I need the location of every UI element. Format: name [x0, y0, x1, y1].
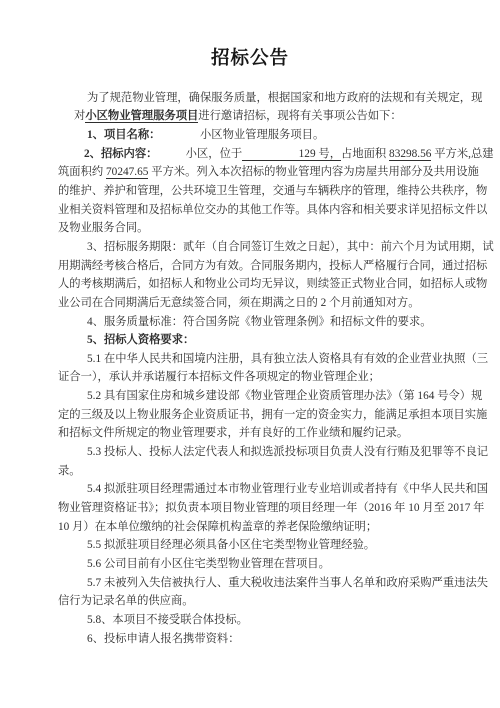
document-line: 业公司在合同期满后无意续签合同，须在期满之日的 2 个月前通知对方。 [58, 296, 420, 311]
underlined-text: 70247.65 [106, 166, 148, 179]
text-segment: 3、招标服务期限：贰年（自合同签订生效之日起），其中：前六个月为试用期，试 [87, 241, 494, 253]
text-segment: 5.7 未被列入失信被执行人、重大税收违法案件当事人名单和政府采购严重违法失 [87, 577, 488, 589]
document-line: 5.1 在中华人民共和国境内注册，具有独立法人资格具有有效的企业营业执照（三 [87, 352, 488, 367]
text-segment: 信行为记录名单的供应商。 [58, 595, 194, 607]
document-line: 1、项目名称： 小区物业管理服务项目。 [87, 128, 324, 143]
document-line: 5.5 拟派驻项目经理必须具备小区住宅类型物业管理经验。 [87, 538, 375, 553]
text-segment: 5.5 拟派驻项目经理必须具备小区住宅类型物业管理经验。 [87, 539, 375, 551]
underlined-text: 小区物业管理服务项目 [85, 110, 198, 123]
text-segment: 及物业服务合同。 [58, 222, 148, 234]
text-segment: 为了规范物业管理，确保服务质量，根据国家和地方政府的法规和有关规定，现 [87, 92, 482, 104]
document-line: 录。 [58, 464, 81, 479]
document-line: 的维护、养护和管理，公共环境卫生管理，交通与车辆秩序的管理，维持公共秩序，物 [58, 184, 487, 199]
document-line: 5.6 公司目前有小区住宅类型物业管理在营项目。 [87, 557, 330, 572]
text-segment: 6、投标申请人报名携带资料： [87, 633, 240, 645]
document-line: 5.8、本项目不接受联合体投标。 [87, 613, 248, 628]
text-segment: 5.1 在中华人民共和国境内注册，具有独立法人资格具有有效的企业营业执照（三 [87, 353, 488, 365]
document-body: 为了规范物业管理，确保服务质量，根据国家和地方政府的法规和有关规定，现对小区物业… [58, 0, 458, 708]
text-segment: 对 [74, 110, 85, 122]
document-line: 用期满经考核合格后，合同方为有效。合同服务期内，投标人严格履行合同，通过招标 [58, 259, 487, 274]
document-line: 4、服务质量标准：符合国务院《物业管理条例》和招标文件的要求。 [87, 315, 432, 330]
document-line: 为了规范物业管理，确保服务质量，根据国家和地方政府的法规和有关规定，现 [87, 91, 482, 106]
text-segment: 业相关资料管理和及招标单位交办的其他工作等。具体内容和相关要求详见招标文件以 [58, 204, 487, 216]
text-segment: 小区，位于 [152, 148, 242, 160]
underlined-text: 83298.56 [389, 148, 431, 161]
text-segment: 录。 [58, 465, 81, 477]
text-segment: 用期满经考核合格后，合同方为有效。合同服务期内，投标人严格履行合同，通过招标 [58, 260, 487, 272]
document-line: 和招标文件所规定的物业管理要求，并有良好的工作业绩和履约记录。 [58, 426, 408, 441]
text-segment: 2、招标内容： [84, 148, 152, 160]
document-line: 人的考核期满后，如招标人和物业公司均无异议，则续签正式物业合同，如招标人或物 [58, 277, 487, 292]
text-segment: 5.3 投标人、投标人法定代表人和拟选派投标项目负责人没有行贿及犯罪等不良记 [87, 446, 488, 458]
text-segment: 物业管理资格证书》；拟负责本项目物业管理的项目经理一年（2016 年 10 月至… [58, 502, 484, 514]
document-line: 及物业服务合同。 [58, 221, 148, 236]
text-segment: 5.6 公司目前有小区住宅类型物业管理在营项目。 [87, 558, 330, 570]
document-line: 对小区物业管理服务项目进行邀请招标，现将有关事项公告如下： [74, 109, 402, 124]
document-line: 5.4 拟派驻项目经理需通过本市物业管理行业专业培训或者持有《中华人民共和国 [87, 482, 488, 497]
document-page: 招标公告 为了规范物业管理，确保服务质量，根据国家和地方政府的法规和有关规定，现… [0, 0, 500, 708]
text-segment: 占地面积 [341, 148, 389, 160]
text-segment: 5.4 拟派驻项目经理需通过本市物业管理行业专业培训或者持有《中华人民共和国 [87, 483, 488, 495]
text-segment: 5、招标人资格要求： [87, 334, 194, 346]
text-segment: 进行邀请招标，现将有关事项公告如下： [198, 110, 401, 122]
text-segment: 平方米,总建 [431, 148, 493, 160]
underlined-text: 129 号， [242, 148, 341, 161]
text-segment: 筑面积约 [58, 166, 106, 178]
document-line: 3、招标服务期限：贰年（自合同签订生效之日起），其中：前六个月为试用期，试 [87, 240, 494, 255]
document-line: 5.2 具有国家住房和城乡建设部《物业管理企业资质管理办法》（第 164 号令）… [87, 389, 482, 404]
document-line: 6、投标申请人报名携带资料： [87, 632, 240, 647]
document-line: 定的三级及以上物业服务企业资质证书，拥有一定的资金实力，能满足承担本项目实施 [58, 408, 487, 423]
text-segment: 平方米。列入本次招标的物业管理内容为房屋共用部分及共用设施 [148, 166, 478, 178]
document-line: 信行为记录名单的供应商。 [58, 594, 194, 609]
text-segment: 定的三级及以上物业服务企业资质证书，拥有一定的资金实力，能满足承担本项目实施 [58, 409, 487, 421]
text-segment: 5.2 具有国家住房和城乡建设部《物业管理企业资质管理办法》（第 164 号令）… [87, 390, 482, 402]
document-line: 2、招标内容： 小区，位于 129 号，占地面积 83298.56 平方米,总建 [84, 147, 494, 162]
document-line: 5.3 投标人、投标人法定代表人和拟选派投标项目负责人没有行贿及犯罪等不良记 [87, 445, 488, 460]
document-line: 证合一），承认并承诺履行本招标文件各项规定的物业管理企业； [58, 370, 380, 385]
text-segment: 人的考核期满后，如招标人和物业公司均无异议，则续签正式物业合同，如招标人或物 [58, 278, 487, 290]
text-segment: 10 月）在本单位缴纳的社会保障机构盖章的养老保险缴纳证明； [58, 521, 377, 533]
document-line: 筑面积约 70247.65 平方米。列入本次招标的物业管理内容为房屋共用部分及共… [58, 165, 479, 180]
text-segment: 证合一），承认并承诺履行本招标文件各项规定的物业管理企业； [58, 371, 380, 383]
text-segment: 小区物业管理服务项目。 [155, 129, 324, 141]
text-segment: 业公司在合同期满后无意续签合同，须在期满之日的 2 个月前通知对方。 [58, 297, 420, 309]
text-segment: 1、项目名称： [87, 129, 155, 141]
document-line: 10 月）在本单位缴纳的社会保障机构盖章的养老保险缴纳证明； [58, 520, 377, 535]
text-segment: 4、服务质量标准：符合国务院《物业管理条例》和招标文件的要求。 [87, 316, 432, 328]
document-line: 5.7 未被列入失信被执行人、重大税收违法案件当事人名单和政府采购严重违法失 [87, 576, 488, 591]
document-line: 业相关资料管理和及招标单位交办的其他工作等。具体内容和相关要求详见招标文件以 [58, 203, 487, 218]
text-segment: 的维护、养护和管理，公共环境卫生管理，交通与车辆秩序的管理，维持公共秩序，物 [58, 185, 487, 197]
text-segment: 和招标文件所规定的物业管理要求，并有良好的工作业绩和履约记录。 [58, 427, 408, 439]
document-line: 5、招标人资格要求： [87, 333, 194, 348]
document-line: 物业管理资格证书》；拟负责本项目物业管理的项目经理一年（2016 年 10 月至… [58, 501, 484, 516]
text-segment: 5.8、本项目不接受联合体投标。 [87, 614, 248, 626]
